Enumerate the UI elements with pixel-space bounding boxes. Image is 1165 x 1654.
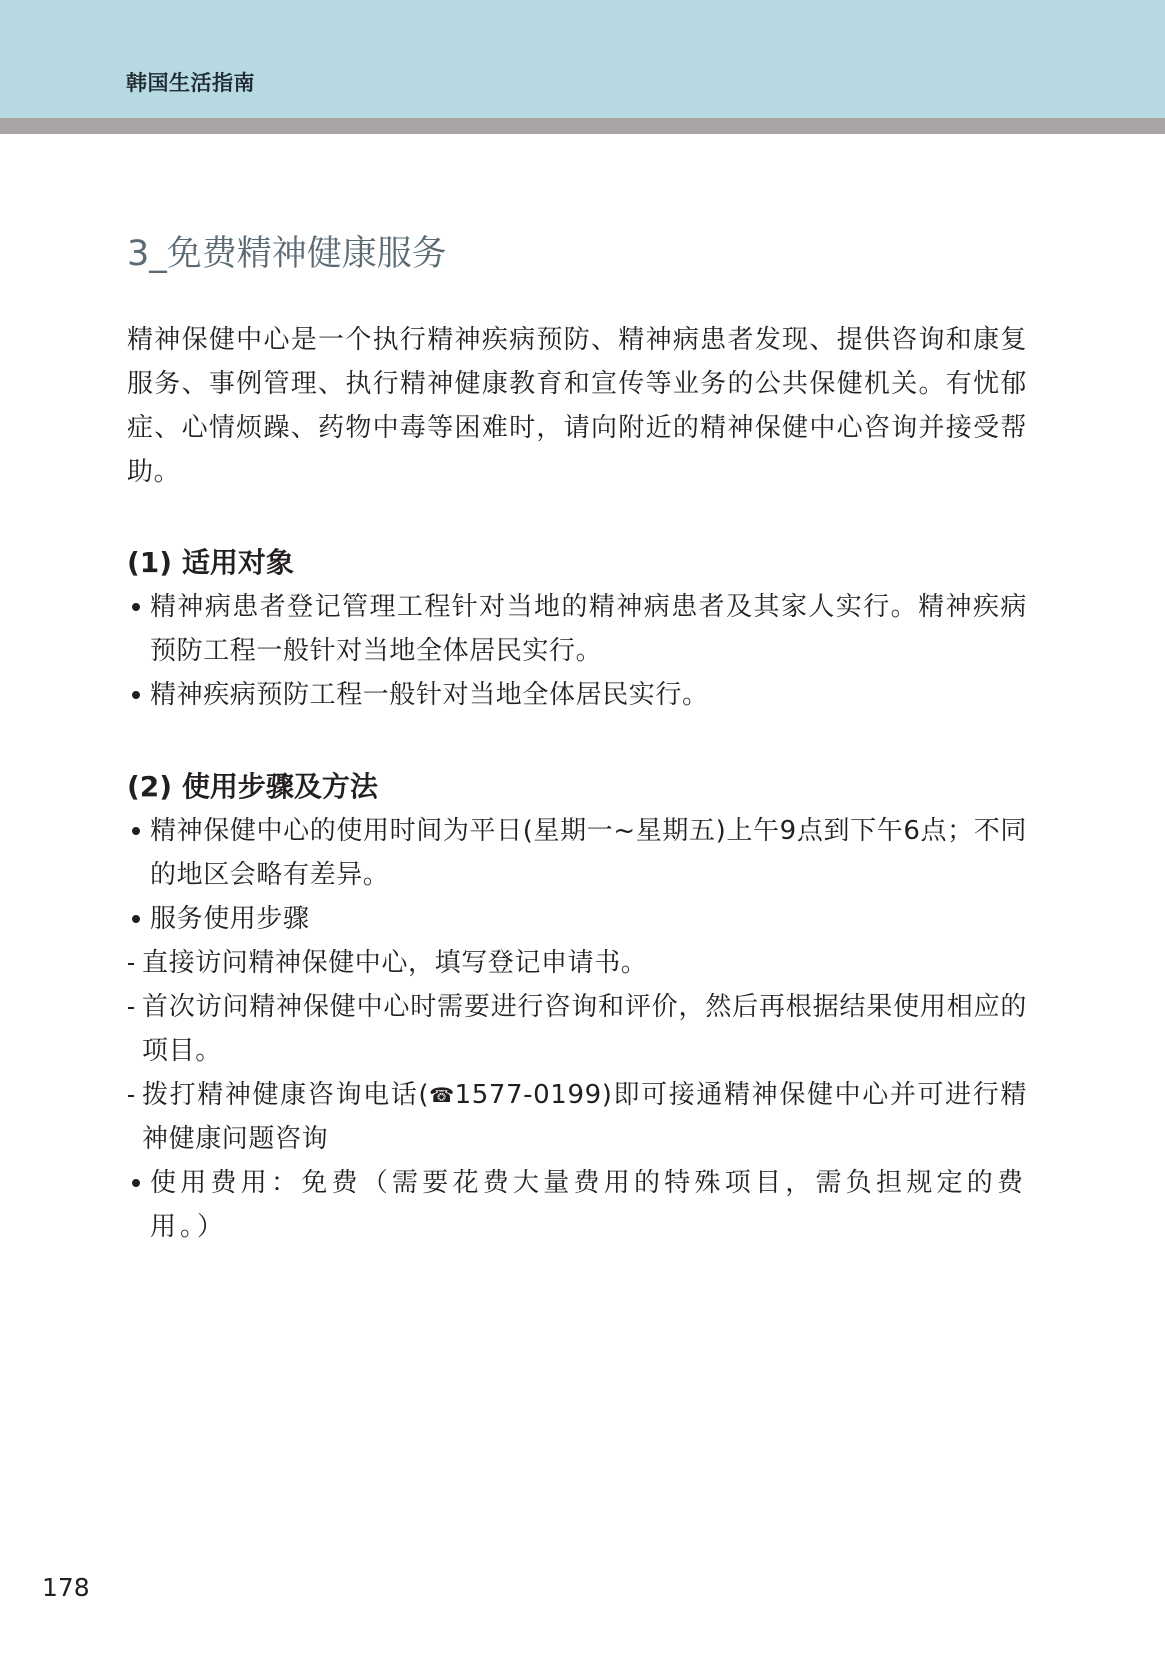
bullet-icon (129, 1161, 143, 1205)
bullet-icon (129, 809, 143, 853)
bullet-icon (129, 673, 143, 717)
header-rule (0, 118, 1165, 134)
list-item-text: 服务使用步骤 (150, 904, 310, 934)
list-item: 精神疾病预防工程一般针对当地全体居民实行。 (127, 673, 1027, 717)
dash-icon (127, 985, 137, 1029)
subsection-heading-procedure: (2) 使用步骤及方法 (127, 765, 378, 809)
list-item: 服务使用步骤 (127, 897, 1027, 941)
phone-number: 1577-0199 (455, 1080, 602, 1110)
phone-icon: ☎ (429, 1073, 455, 1117)
list-item-text: 使用费用：免费（需要花费大量费用的特殊项目，需负担规定的费用。） (150, 1168, 1027, 1242)
list-item: 直接访问精神保健中心，填写登记申请书。 (127, 941, 1027, 985)
dash-icon (127, 1073, 137, 1117)
bullet-icon (129, 585, 143, 629)
list-item-text: 精神保健中心的使用时间为平日(星期一~星期五)上午9点到下午6点；不同的地区会略… (150, 816, 1027, 890)
header-band: 韩国生活指南 (0, 0, 1165, 118)
list-item: 首次访问精神保健中心时需要进行咨询和评价，然后再根据结果使用相应的项目。 (127, 985, 1027, 1073)
intro-paragraph: 精神保健中心是一个执行精神疾病预防、精神病患者发现、提供咨询和康复服务、事例管理… (127, 318, 1027, 494)
list-item-text-before: 拨打精神健康咨询电话( (142, 1080, 429, 1110)
list-item: 精神病患者登记管理工程针对当地的精神病患者及其家人实行。精神疾病预防工程一般针对… (127, 585, 1027, 673)
dash-icon (127, 941, 137, 985)
list-item: 精神保健中心的使用时间为平日(星期一~星期五)上午9点到下午6点；不同的地区会略… (127, 809, 1027, 897)
page-number: 178 (42, 1573, 90, 1603)
list-item: 拨打精神健康咨询电话(☎1577-0199)即可接通精神保健中心并可进行精神健康… (127, 1073, 1027, 1161)
subsection-heading-target: (1) 适用对象 (127, 541, 294, 585)
target-list: 精神病患者登记管理工程针对当地的精神病患者及其家人实行。精神疾病预防工程一般针对… (127, 585, 1027, 717)
running-title: 韩国生活指南 (126, 68, 255, 98)
list-item-text: 首次访问精神保健中心时需要进行咨询和评价，然后再根据结果使用相应的项目。 (142, 992, 1027, 1066)
list-item: 使用费用：免费（需要花费大量费用的特殊项目，需负担规定的费用。） (127, 1161, 1027, 1249)
bullet-icon (129, 897, 143, 941)
procedure-list: 精神保健中心的使用时间为平日(星期一~星期五)上午9点到下午6点；不同的地区会略… (127, 809, 1027, 1249)
list-item-text: 直接访问精神保健中心，填写登记申请书。 (142, 948, 647, 978)
section-title: 3_免费精神健康服务 (127, 230, 447, 278)
list-item-text: 精神疾病预防工程一般针对当地全体居民实行。 (150, 680, 709, 710)
list-item-text: 精神病患者登记管理工程针对当地的精神病患者及其家人实行。精神疾病预防工程一般针对… (150, 592, 1027, 666)
